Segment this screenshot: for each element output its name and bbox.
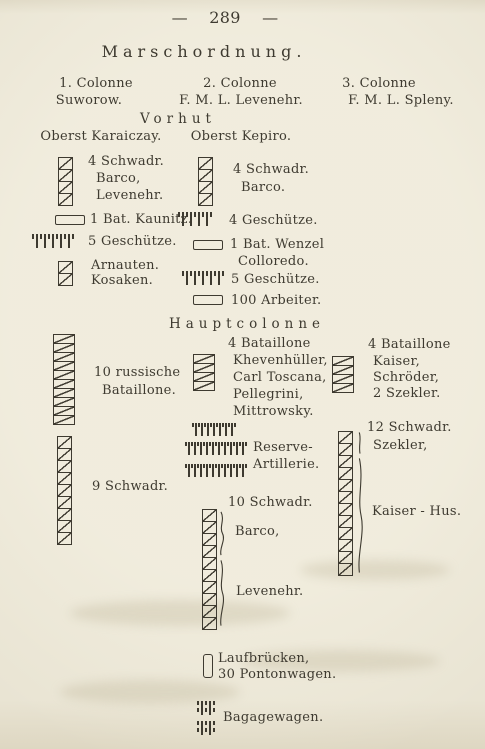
workers-label: 100 Arbeiter. <box>231 293 321 308</box>
battalion-stack <box>193 354 215 391</box>
reserve-artillery-label: Reserve-Artillerie. <box>253 439 320 473</box>
squadron-label: 4 Schwadr.Barco. <box>233 161 309 197</box>
reserve-artillery-row-1 <box>192 423 236 436</box>
reserve-artillery-row-3 <box>185 464 247 477</box>
artillery-symbol <box>178 212 212 226</box>
battalion-label: 1 Bat. Kaunitz. <box>90 212 192 227</box>
column-1-header: 1. Colonne <box>59 76 133 91</box>
column-3-commander: F. M. L. Spleny. <box>348 93 454 108</box>
baggage-symbol <box>197 701 215 735</box>
battalion-label: Kaiser,Schröder,2 Szekler. <box>373 354 441 402</box>
squadron-label: 4 Schwadr.Barco,Levenehr. <box>88 153 164 204</box>
column-3-header: 3. Colonne <box>342 76 416 91</box>
battalion-label: 10 russischeBataillone. <box>94 364 180 400</box>
artillery-label: 5 Geschütze. <box>231 272 320 287</box>
artillery-symbol <box>182 271 224 285</box>
book-page: — 289 — Marschordnung. 1. Colonne Suworo… <box>0 0 485 749</box>
squadron-label: 9 Schwadr. <box>92 479 168 494</box>
squadron-title: 10 Schwadr. <box>228 495 313 510</box>
commander-kepiro: Oberst Kepiro. <box>191 129 292 144</box>
battalion-label: 1 Bat. WenzelColloredo. <box>230 236 324 270</box>
brace-icon <box>356 456 365 575</box>
page-title: Marschordnung. <box>102 44 307 59</box>
squadron-group-label: Levenehr. <box>236 584 303 599</box>
squadron-stack <box>57 436 72 545</box>
battalion-stack <box>53 334 75 425</box>
squadron-stack <box>58 157 73 206</box>
battalion-label: Khevenhüller,Carl Toscana,Pellegrini,Mit… <box>233 352 328 420</box>
bridge-label: Laufbrücken,30 Pontonwagen. <box>218 651 336 683</box>
brace-icon <box>218 511 226 556</box>
paper-stain <box>70 600 290 626</box>
squadron-stack <box>198 157 213 206</box>
hauptcolonne-heading: Hauptcolonne <box>169 317 325 332</box>
artillery-label: 4 Geschütze. <box>229 213 318 228</box>
paper-stain <box>300 560 450 580</box>
squadron-group-label: Szekler, <box>373 438 428 453</box>
battalion-stack <box>332 356 354 393</box>
artillery-symbol <box>32 234 74 248</box>
cossack-label: Arnauten.Kosaken. <box>91 258 159 288</box>
column-2-header: 2. Colonne <box>203 76 277 91</box>
brace-icon <box>357 432 363 454</box>
commander-karaiczay: Oberst Karaiczay. <box>40 129 161 144</box>
page-number: — 289 — <box>172 10 279 25</box>
workers-rect <box>193 295 223 305</box>
battalion-title: 4 Bataillone <box>368 337 451 352</box>
brace-icon <box>218 559 226 627</box>
column-2-commander: F. M. L. Levenehr. <box>179 93 303 108</box>
squadron-title: 12 Schwadr. <box>367 420 452 435</box>
squadron-group-label: Barco, <box>235 524 280 539</box>
battalion-rect <box>193 240 223 250</box>
cossack-stack <box>58 261 73 286</box>
column-1-commander: Suworow. <box>56 93 122 108</box>
bridge-symbol <box>203 654 213 678</box>
vorhut-heading: Vorhut <box>140 112 216 127</box>
squadron-stack <box>202 509 217 630</box>
baggage-label: Bagagewagen. <box>223 710 323 725</box>
reserve-artillery-row-2 <box>185 442 247 455</box>
battalion-rect <box>55 215 85 225</box>
squadron-stack <box>338 431 353 576</box>
artillery-label: 5 Geschütze. <box>88 234 177 249</box>
battalion-title: 4 Bataillone <box>228 336 311 351</box>
squadron-group-label: Kaiser - Hus. <box>372 504 461 519</box>
